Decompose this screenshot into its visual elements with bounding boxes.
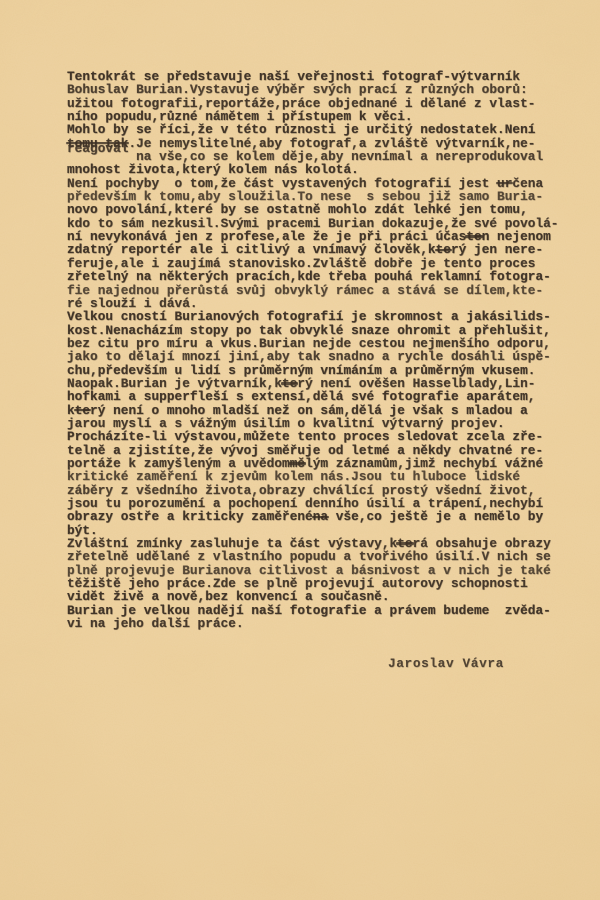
text-line: portáže k zamyšleným a uvědommělým zázna… <box>67 457 567 470</box>
overtyped-word: reagoval <box>67 142 128 155</box>
text-line: Tentokrát se představuje naší veřejnosti… <box>67 70 567 83</box>
text-line: reagoval na vše,co se kolem děje,aby nev… <box>67 150 567 163</box>
text-line: novo povolání,které by se ostatně mohlo … <box>67 203 567 216</box>
text-line: vi na jeho další práce. <box>67 617 567 630</box>
overstruck-text: te <box>282 376 297 391</box>
text-line: plně projevuje Burianova citlivost a bás… <box>67 564 567 577</box>
text-line: ního popudu,různé námětem i přístupem k … <box>67 110 567 123</box>
text-line: ré slouží i dává. <box>67 297 567 310</box>
text-line: Velkou cností Burianových fotografií je … <box>67 310 567 323</box>
text-line: feruje,ale i zaujímá stanovisko.Zvláště … <box>67 257 567 270</box>
text-line: hofkami a supperfleší s extensí,dělá své… <box>67 390 567 403</box>
text-line: kost.Nenacházím stopy po tak obvyklé sna… <box>67 324 567 337</box>
text-line: zdatný reportér ale i citlivý a vnímavý … <box>67 243 567 256</box>
text-line: bez citu pro míru a vkus.Burian nejde ce… <box>67 337 567 350</box>
text-line: Procházíte-li výstavou,můžete tento proc… <box>67 430 567 443</box>
text-line: kritické zaměření k zjevům kolem nás.Jso… <box>67 470 567 483</box>
text-line: zřetelně udělané z vlastního popudu a tv… <box>67 550 567 563</box>
text-line: zřetelný na některých pracích,kde třeba … <box>67 270 567 283</box>
text-line: ní nevykonává jen z profese,ale že je př… <box>67 230 567 243</box>
text-line: jarou myslí a s vážným úsilím o kvalitní… <box>67 417 567 430</box>
text-line: užitou fotografii,reportáže,práce objedn… <box>67 97 567 110</box>
text-line: tomu tak.Je nemyslitelné,aby fotograf,a … <box>67 137 567 150</box>
text-line: telně a zjistíte,že vývoj směřuje od let… <box>67 444 567 457</box>
text-line: který není o mnoho mladší než on sám,děl… <box>67 404 567 417</box>
text-line: vidět živě a nově,bez konvencí a současn… <box>67 590 567 603</box>
text-line: především k tomu,aby sloužila.To nese s … <box>67 190 567 203</box>
text-line: jako to dělají mnozí jiní,aby tak snadno… <box>67 350 567 363</box>
text-line: mnohost života,který kolem nás kolotá. <box>67 163 567 176</box>
text-line: Burian je velkou nadějí naší fotografie … <box>67 604 567 617</box>
text-line: být. <box>67 524 567 537</box>
text-line: Bohuslav Burian.Vystavuje výběr svých pr… <box>67 83 567 96</box>
overstruck-text: te <box>466 229 481 244</box>
typescript-text: Tentokrát se představuje naší veřejnosti… <box>67 70 567 630</box>
text-line: fie najednou přerůstá svůj obvyklý rámec… <box>67 284 567 297</box>
text-line: kdo to sám nezkusil.Svými pracemi Burian… <box>67 217 567 230</box>
text-line: chu,především u lidí s průměrným vnímání… <box>67 364 567 377</box>
text-line: Není pochyby o tom,že část vystavených f… <box>67 177 567 190</box>
text-line: záběry z všedního života,obrazy chválící… <box>67 484 567 497</box>
text-line: Mohlo by se říci,že v této různosti je u… <box>67 123 567 136</box>
signature: Jaroslav Vávra <box>388 656 504 671</box>
text-line: Naopak.Burian je výtvarník,který není ov… <box>67 377 567 390</box>
text-line: obrazy ostře a kriticky zaměřenéna vše,c… <box>67 510 567 523</box>
text-line: Zvláštní zmínky zasluhuje ta část výstav… <box>67 537 567 550</box>
text-line: těžiště jeho práce.Zde se plně projevují… <box>67 577 567 590</box>
overstruck-text: na <box>313 509 328 524</box>
